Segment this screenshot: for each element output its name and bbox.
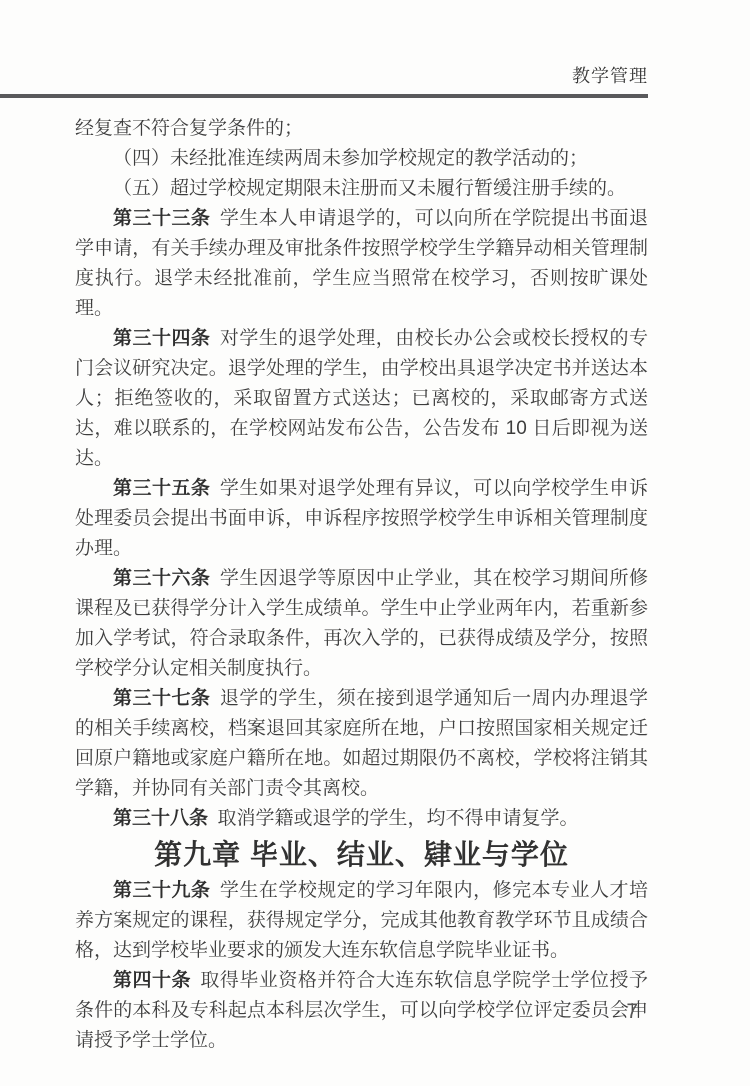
chapter-heading: 第九章 毕业、结业、肄业与学位: [75, 834, 648, 876]
article-39-number: 第三十九条: [113, 880, 210, 901]
header-title: 教学管理: [572, 66, 648, 86]
article-38-text: 取消学籍或退学的学生，均不得申请复学。: [218, 808, 579, 829]
header-rule: [0, 94, 648, 98]
list-item-five: （五）超过学校规定期限未注册而又未履行暂缓注册手续的。: [75, 174, 648, 204]
article-39-paragraph: 第三十九条学生在学校规定的学习年限内，修完本专业人才培养方案规定的课程，获得规定…: [75, 876, 648, 966]
article-33-paragraph: 第三十三条学生本人申请退学的，可以向所在学院提出书面退学申请，有关手续办理及审批…: [75, 204, 648, 324]
article-36-paragraph: 第三十六条学生因退学等原因中止学业，其在校学习期间所修课程及已获得学分计入学生成…: [75, 564, 648, 684]
article-36-number: 第三十六条: [113, 568, 210, 589]
article-34-paragraph: 第三十四条对学生的退学处理，由校长办公会或校长授权的专门会议研究决定。退学处理的…: [75, 324, 648, 474]
article-37-paragraph: 第三十七条退学的学生，须在接到退学通知后一周内办理退学的相关手续离校，档案退回其…: [75, 684, 648, 804]
article-40-paragraph: 第四十条取得毕业资格并符合大连东软信息学院学士学位授予条件的本科及专科起点本科层…: [75, 966, 648, 1056]
paragraph-continuation: 经复查不符合复学条件的；: [75, 114, 648, 144]
page-number: 7: [626, 1000, 638, 1024]
article-38-paragraph: 第三十八条取消学籍或退学的学生，均不得申请复学。: [75, 804, 648, 834]
article-38-number: 第三十八条: [113, 808, 208, 829]
document-page: 教学管理 经复查不符合复学条件的； （四）未经批准连续两周未参加学校规定的教学活…: [0, 0, 750, 1086]
article-37-number: 第三十七条: [113, 688, 210, 709]
article-40-number: 第四十条: [113, 970, 191, 991]
article-34-text: 对学生的退学处理，由校长办公会或校长授权的专门会议研究决定。退学处理的学生，由学…: [75, 328, 648, 469]
article-35-paragraph: 第三十五条学生如果对退学处理有异议，可以向学校学生申诉处理委员会提出书面申诉，申…: [75, 474, 648, 564]
article-34-number: 第三十四条: [113, 328, 210, 349]
document-body: 经复查不符合复学条件的； （四）未经批准连续两周未参加学校规定的教学活动的； （…: [75, 114, 648, 1056]
list-item-four: （四）未经批准连续两周未参加学校规定的教学活动的；: [75, 144, 648, 174]
article-33-number: 第三十三条: [113, 208, 210, 229]
article-35-number: 第三十五条: [113, 478, 210, 499]
page-header: 教学管理: [0, 62, 648, 88]
